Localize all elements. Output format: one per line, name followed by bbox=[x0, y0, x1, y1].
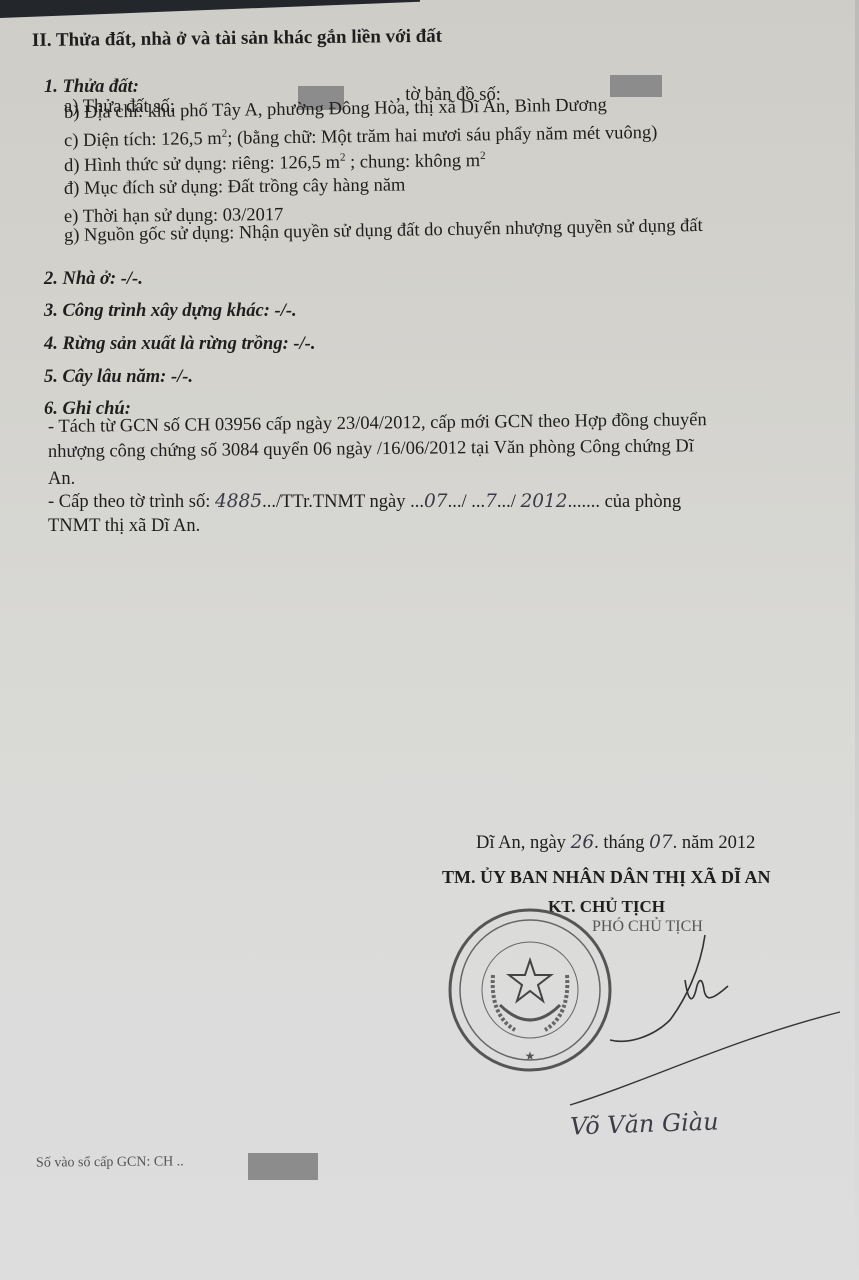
item-production-forest: 4. Rừng sản xuất là rừng trồng: -/-. bbox=[44, 333, 315, 355]
issue-date-prefix: Dĩ An, ngày bbox=[476, 833, 571, 853]
notes-line-2: nhượng công chứng số 3084 quyển 06 ngày … bbox=[48, 435, 694, 463]
issue-date-mid: . tháng bbox=[594, 833, 649, 853]
photo-top-edge bbox=[0, 0, 420, 18]
redacted-register-number bbox=[248, 1153, 318, 1180]
parcel-heading: 1. Thửa đất: bbox=[44, 76, 139, 98]
issuing-authority: TM. ỦY BAN NHÂN DÂN THỊ XÃ DĨ AN bbox=[442, 866, 771, 888]
issue-year: . năm 2012 bbox=[673, 833, 756, 853]
submission-year: 2012 bbox=[521, 491, 568, 512]
register-number-label: Số vào sổ cấp GCN: CH .. bbox=[36, 1151, 184, 1174]
signature-icon bbox=[470, 930, 850, 1110]
section-title: II. Thửa đất, nhà ở và tài sản khác gắn … bbox=[32, 26, 442, 52]
issue-month: 07 bbox=[649, 832, 673, 853]
signer-name: Võ Văn Giàu bbox=[570, 1107, 719, 1140]
submission-month: 7 bbox=[485, 491, 497, 512]
notes-line-1: - Tách từ GCN số CH 03956 cấp ngày 23/04… bbox=[48, 409, 707, 438]
usage-form-line: d) Hình thức sử dụng: riêng: 126,5 m2 ; … bbox=[64, 145, 486, 177]
private-area: d) Hình thức sử dụng: riêng: 126,5 m bbox=[64, 153, 340, 176]
submission-mid: /TTr.TNMT ngày bbox=[276, 492, 410, 512]
notes-line-5: TNMT thị xã Dĩ An. bbox=[48, 515, 200, 537]
issue-date: Dĩ An, ngày 26. tháng 07. năm 2012 bbox=[476, 832, 755, 854]
usage-purpose-line: đ) Mục đích sử dụng: Đất trồng cây hàng … bbox=[64, 174, 406, 200]
redacted-map-sheet bbox=[610, 75, 662, 97]
item-other-construction: 3. Công trình xây dựng khác: -/-. bbox=[44, 300, 297, 322]
submission-number: 4885 bbox=[215, 491, 262, 512]
issue-day: 26 bbox=[571, 832, 595, 853]
submission-label: - Cấp theo tờ trình số: bbox=[48, 492, 215, 512]
submission-suffix: của phòng bbox=[600, 492, 681, 512]
item-house: 2. Nhà ở: -/-. bbox=[44, 268, 143, 290]
photo-right-edge bbox=[855, 0, 859, 1280]
submission-day: 07 bbox=[424, 491, 448, 512]
notes-line-4: - Cấp theo tờ trình số: 4885.../TTr.TNMT… bbox=[48, 491, 681, 513]
notes-line-3: An. bbox=[48, 468, 75, 490]
item-perennial-trees: 5. Cây lâu năm: -/-. bbox=[44, 366, 193, 388]
shared-area: ; chung: không m bbox=[345, 151, 480, 173]
